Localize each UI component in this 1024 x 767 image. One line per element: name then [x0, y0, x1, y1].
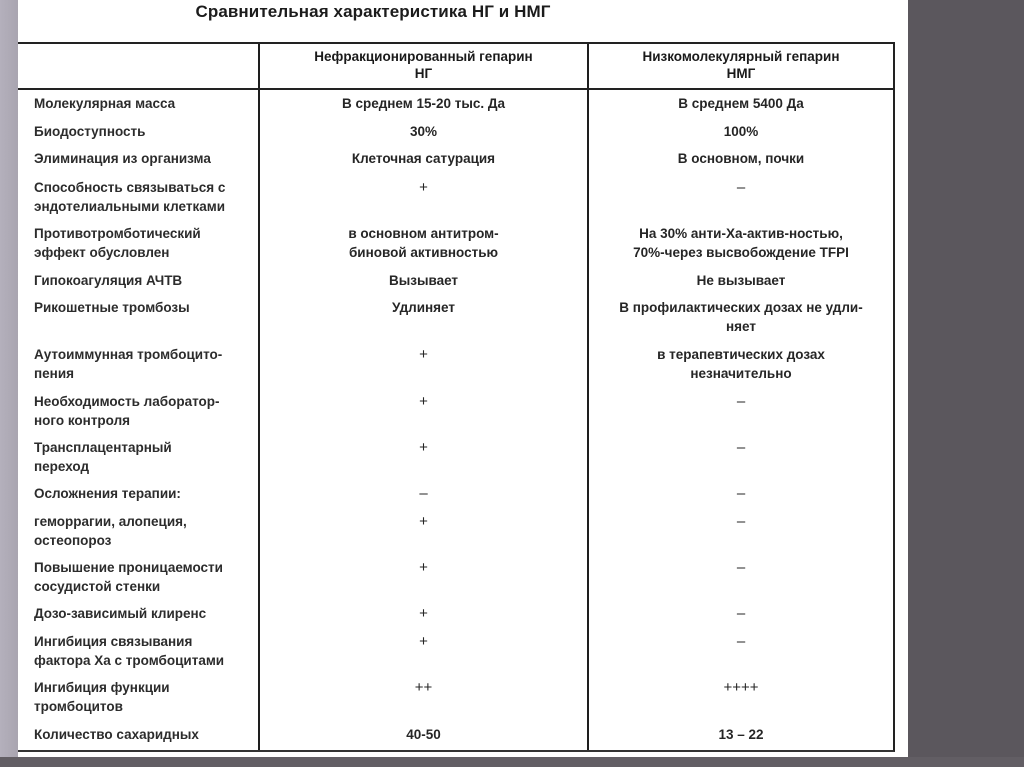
- row-label: Биодоступность: [34, 122, 256, 141]
- row-label: Повышение проницаемостисосудистой стенки: [34, 558, 256, 596]
- ng-value: +: [260, 632, 587, 651]
- nmg-value-line: ++++: [589, 678, 893, 697]
- nmg-value-line: 100%: [589, 122, 893, 141]
- nmg-value-line: незначительно: [589, 364, 893, 383]
- nmg-value-line: –: [589, 178, 893, 197]
- row-label: Противотромботическийэффект обусловлен: [34, 224, 256, 262]
- ng-value: +: [260, 438, 587, 457]
- row-label-line: Дозо-зависимый клиренс: [34, 604, 256, 623]
- nmg-value: –: [589, 438, 893, 457]
- nmg-value-line: В среднем 5400 Да: [589, 94, 893, 113]
- nmg-value: 13 – 22: [589, 725, 893, 744]
- ng-value-line: +: [260, 438, 587, 457]
- row-label-line: геморрагии, алопеция,: [34, 512, 256, 531]
- nmg-value: –: [589, 484, 893, 503]
- row-label-line: Ингибиция функции: [34, 678, 256, 697]
- nmg-value-line: –: [589, 632, 893, 651]
- ng-value-line: В среднем 15-20 тыс. Да: [260, 94, 587, 113]
- row-label-line: остеопороз: [34, 531, 256, 550]
- nmg-value: На 30% анти-Ха-актив-ностью,70%-через вы…: [589, 224, 893, 262]
- row-label: Рикошетные тромбозы: [34, 298, 256, 317]
- nmg-value-line: в терапевтических дозах: [589, 345, 893, 364]
- ng-value-line: в основном антитром-: [260, 224, 587, 243]
- ng-value: ++: [260, 678, 587, 697]
- row-label: Ингибиция связыванияфактора Ха с тромбоц…: [34, 632, 256, 670]
- header-divider: [18, 88, 893, 90]
- row-label-line: Аутоиммунная тромбоцито-: [34, 345, 256, 364]
- nmg-value-line: В основном, почки: [589, 149, 893, 168]
- row-label: Ингибиция функциитромбоцитов: [34, 678, 256, 716]
- row-label: геморрагии, алопеция,остеопороз: [34, 512, 256, 550]
- nmg-value: В профилактических дозах не удли-няет: [589, 298, 893, 336]
- row-label: Дозо-зависимый клиренс: [34, 604, 256, 623]
- row-label-line: Элиминация из организма: [34, 149, 256, 168]
- row-label-line: Гипокоагуляция АЧТВ: [34, 271, 256, 290]
- ng-value: Вызывает: [260, 271, 587, 290]
- row-label-line: ного контроля: [34, 411, 256, 430]
- row-label-line: эффект обусловлен: [34, 243, 256, 262]
- ng-value: +: [260, 512, 587, 531]
- ng-value: +: [260, 558, 587, 577]
- ng-value-line: +: [260, 558, 587, 577]
- row-label: Трансплацентарныйпереход: [34, 438, 256, 476]
- header-nmg: Низкомолекулярный гепарин НМГ: [589, 48, 893, 82]
- nmg-value-line: –: [589, 392, 893, 411]
- row-label-line: Повышение проницаемости: [34, 558, 256, 577]
- row-label-line: Биодоступность: [34, 122, 256, 141]
- ng-value-line: +: [260, 345, 587, 364]
- row-label: Аутоиммунная тромбоцито-пения: [34, 345, 256, 383]
- ng-value: –: [260, 484, 587, 503]
- nmg-value-line: няет: [589, 317, 893, 336]
- row-label: Необходимость лаборатор-ного контроля: [34, 392, 256, 430]
- ng-value-line: +: [260, 392, 587, 411]
- header-nmg-abbr: НМГ: [589, 65, 893, 82]
- nmg-value-line: –: [589, 558, 893, 577]
- nmg-value: В основном, почки: [589, 149, 893, 168]
- ng-value-line: ++: [260, 678, 587, 697]
- row-label-line: Рикошетные тромбозы: [34, 298, 256, 317]
- row-label-line: Молекулярная масса: [34, 94, 256, 113]
- row-label: Молекулярная масса: [34, 94, 256, 113]
- row-label: Гипокоагуляция АЧТВ: [34, 271, 256, 290]
- row-label-line: тромбоцитов: [34, 697, 256, 716]
- page-title: Сравнительная характеристика НГ и НМГ: [18, 2, 728, 22]
- nmg-value: –: [589, 178, 893, 197]
- row-label-line: Противотромботический: [34, 224, 256, 243]
- ng-value-line: +: [260, 512, 587, 531]
- row-label: Способность связываться сэндотелиальными…: [34, 178, 256, 216]
- ng-value: +: [260, 345, 587, 364]
- row-label: Количество сахаридных: [34, 725, 256, 744]
- nmg-value: в терапевтических дозахнезначительно: [589, 345, 893, 383]
- row-label-line: фактора Ха с тромбоцитами: [34, 651, 256, 670]
- ng-value: +: [260, 604, 587, 623]
- nmg-value: Не вызывает: [589, 271, 893, 290]
- comparison-table: Нефракционированный гепарин НГ Низкомоле…: [18, 42, 895, 752]
- nmg-value-line: В профилактических дозах не удли-: [589, 298, 893, 317]
- row-label-line: сосудистой стенки: [34, 577, 256, 596]
- ng-value: +: [260, 178, 587, 197]
- ng-value-line: биновой активностью: [260, 243, 587, 262]
- nmg-value-line: –: [589, 484, 893, 503]
- nmg-value: 100%: [589, 122, 893, 141]
- row-label-line: эндотелиальными клетками: [34, 197, 256, 216]
- nmg-value-line: 70%-через высвобождение TFPI: [589, 243, 893, 262]
- row-label-line: Трансплацентарный: [34, 438, 256, 457]
- ng-value-line: Удлиняет: [260, 298, 587, 317]
- row-label-line: Необходимость лаборатор-: [34, 392, 256, 411]
- ng-value-line: +: [260, 604, 587, 623]
- header-ng: Нефракционированный гепарин НГ: [260, 48, 587, 82]
- nmg-value: –: [589, 558, 893, 577]
- ng-value: 40-50: [260, 725, 587, 744]
- row-label-line: Способность связываться с: [34, 178, 256, 197]
- ng-value: 30%: [260, 122, 587, 141]
- nmg-value-line: –: [589, 604, 893, 623]
- ng-value-line: +: [260, 178, 587, 197]
- row-label-line: переход: [34, 457, 256, 476]
- ng-value: +: [260, 392, 587, 411]
- ng-value-line: 30%: [260, 122, 587, 141]
- nmg-value-line: Не вызывает: [589, 271, 893, 290]
- ng-value-line: Клеточная сатурация: [260, 149, 587, 168]
- nmg-value: ++++: [589, 678, 893, 697]
- nmg-value-line: –: [589, 512, 893, 531]
- ng-value-line: 40-50: [260, 725, 587, 744]
- ng-value-line: Вызывает: [260, 271, 587, 290]
- header-nmg-name: Низкомолекулярный гепарин: [589, 48, 893, 65]
- nmg-value-line: –: [589, 438, 893, 457]
- ng-value: Удлиняет: [260, 298, 587, 317]
- header-ng-name: Нефракционированный гепарин: [260, 48, 587, 65]
- row-label: Элиминация из организма: [34, 149, 256, 168]
- row-label: Осложнения терапии:: [34, 484, 256, 503]
- row-label-line: Осложнения терапии:: [34, 484, 256, 503]
- row-label-line: Количество сахаридных: [34, 725, 256, 744]
- row-label-line: Ингибиция связывания: [34, 632, 256, 651]
- nmg-value: –: [589, 632, 893, 651]
- row-label-line: пения: [34, 364, 256, 383]
- nmg-value-line: На 30% анти-Ха-актив-ностью,: [589, 224, 893, 243]
- nmg-value-line: 13 – 22: [589, 725, 893, 744]
- nmg-value: –: [589, 604, 893, 623]
- ng-value-line: –: [260, 484, 587, 503]
- nmg-value: –: [589, 392, 893, 411]
- ng-value: В среднем 15-20 тыс. Да: [260, 94, 587, 113]
- ng-value: Клеточная сатурация: [260, 149, 587, 168]
- bottom-background-strip: [0, 757, 1024, 767]
- left-background-strip: [0, 0, 18, 767]
- nmg-value: –: [589, 512, 893, 531]
- ng-value: в основном антитром-биновой активностью: [260, 224, 587, 262]
- nmg-value: В среднем 5400 Да: [589, 94, 893, 113]
- ng-value-line: +: [260, 632, 587, 651]
- header-ng-abbr: НГ: [260, 65, 587, 82]
